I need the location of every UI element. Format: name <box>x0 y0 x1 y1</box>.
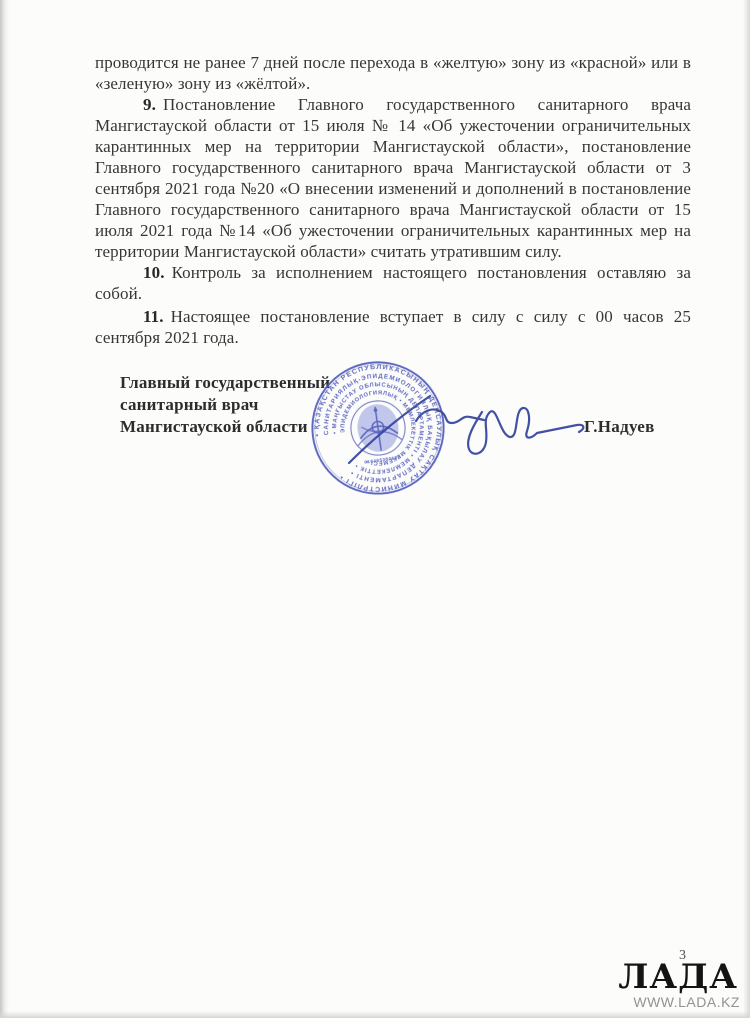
paragraph-10: 10.Контроль за исполнением настоящего по… <box>95 262 691 304</box>
paragraph-9-number: 9. <box>143 95 156 114</box>
paragraph-11-number: 11. <box>143 307 164 326</box>
paragraph-11: 11.Настоящее постановление вступает в си… <box>95 306 691 348</box>
paragraph-10-number: 10. <box>143 263 165 282</box>
scan-edge-bottom <box>0 1011 750 1018</box>
lada-website-url: WWW.LADA.KZ <box>633 994 740 1010</box>
scanned-document-page: проводится не ранее 7 дней после переход… <box>0 0 750 1018</box>
scan-edge-left <box>0 0 9 1018</box>
paragraph-9-text: Постановление Главного государственного … <box>95 95 691 261</box>
paragraph-9: 9.Постановление Главного государственног… <box>95 94 691 262</box>
document-body: проводится не ранее 7 дней после переход… <box>95 52 691 348</box>
paragraph-11-text: Настоящее постановление вступает в силу … <box>95 307 691 347</box>
scan-edge-right <box>743 0 750 1018</box>
handwritten-signature-icon <box>330 375 600 485</box>
lada-logo: ЛАДА <box>618 960 738 994</box>
paragraph-10-text: Контроль за исполнением настоящего поста… <box>95 263 691 303</box>
paragraph-continued: проводится не ранее 7 дней после переход… <box>95 52 691 94</box>
